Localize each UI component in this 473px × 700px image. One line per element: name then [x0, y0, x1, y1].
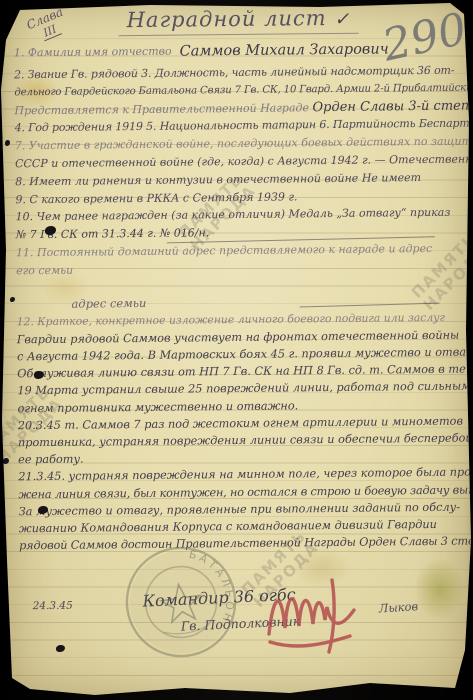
citation-line: рядовой Саммов достоин Правительственной…	[19, 533, 467, 555]
document-date: 24.3.45	[33, 600, 73, 612]
red-pencil-signature	[260, 572, 375, 660]
checkmark: ✓	[334, 9, 350, 30]
document-page: ПАМЯТЬ НАРОДА ПАМЯТЬ НАРОДА ПАМЯТЬ НАРОД…	[0, 0, 473, 700]
scan-background: ПАМЯТЬ НАРОДА ПАМЯТЬ НАРОДА ПАМЯТЬ НАРОД…	[0, 0, 473, 700]
field-award-value: Орден Славы 3-й степени	[312, 98, 473, 115]
document-title: Наградной лист ✓	[118, 6, 358, 37]
field-award-label: Представляется к Правительственной Награ…	[14, 101, 309, 117]
signature-name-note: Лыков	[378, 599, 418, 615]
unit-round-stamp-icon: БАТАЛЬОН	[112, 535, 249, 669]
form-fields: 1. Фамилия имя отчество Саммов Михаил За…	[14, 36, 467, 555]
field-name-value: Саммов Михаил Захарович	[180, 36, 389, 64]
title-text: Наградной лист	[127, 6, 327, 32]
field-name-label: 1. Фамилия имя отчество	[14, 39, 172, 67]
